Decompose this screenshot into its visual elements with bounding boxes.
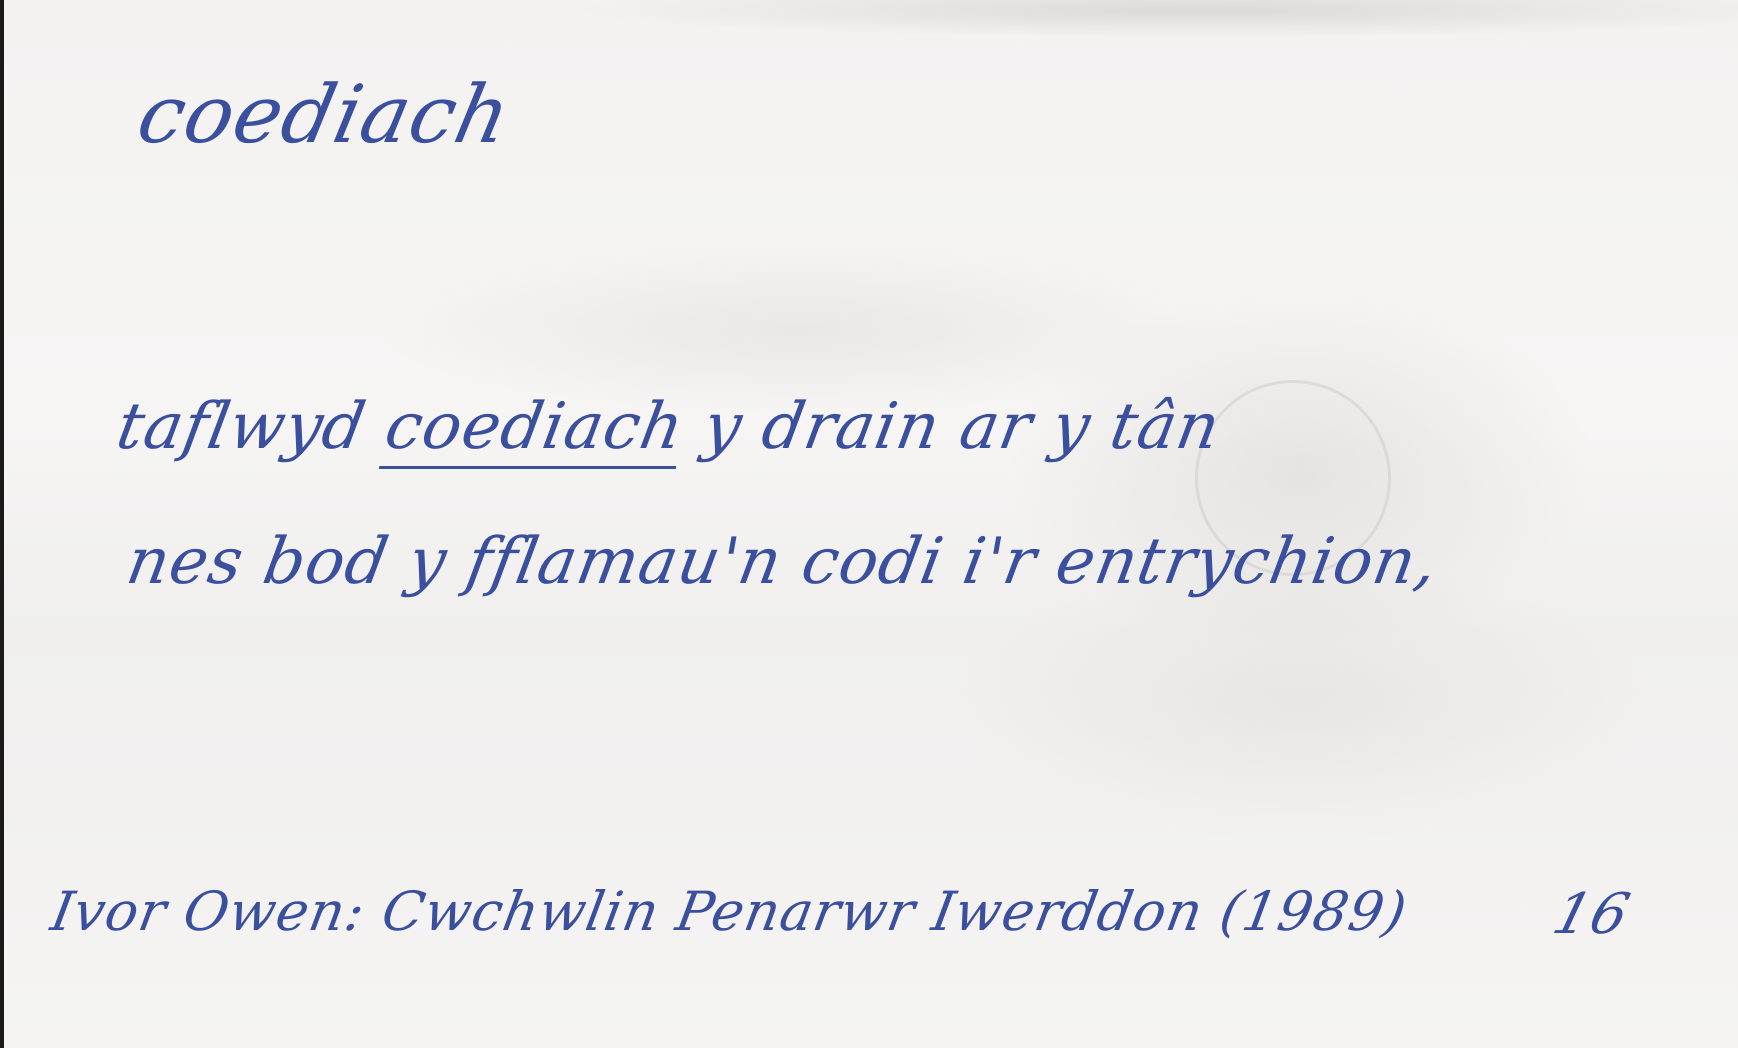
quotation-line-1: taflwyd coediach y drain ar y tân [111, 390, 1226, 464]
citation-card: coediach taflwyd coediach y drain ar y t… [0, 0, 1738, 1048]
page-number: 16 [1546, 882, 1637, 947]
card-left-edge [0, 0, 4, 1048]
headword: coediach [130, 68, 519, 161]
quotation-text-after: y drain ar y tân [677, 390, 1226, 464]
quotation-text-before: taflwyd [111, 390, 392, 464]
source-citation: Ivor Owen: Cwchwlin Penarwr Iwerddon (19… [46, 880, 1412, 943]
quotation-line-2: nes bod y fflamau'n codi i'r entrychion, [121, 525, 1443, 599]
quotation-keyword: coediach [380, 390, 690, 464]
